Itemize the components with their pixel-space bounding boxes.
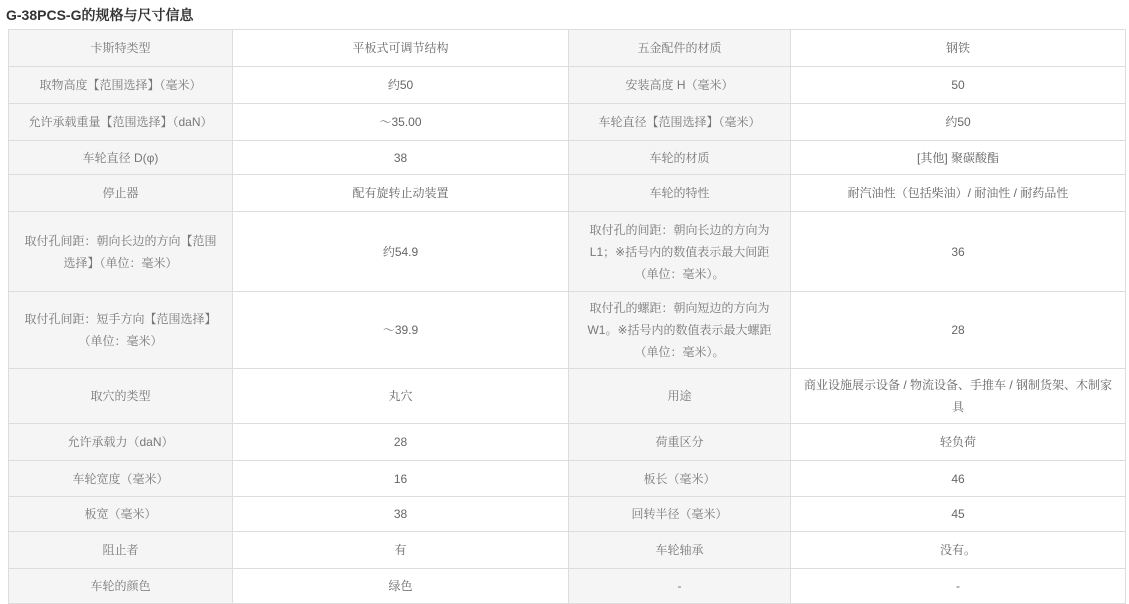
spec-value: 约54.9 (233, 212, 569, 292)
spec-value: ～39.9 (233, 292, 569, 369)
spec-value: 约50 (791, 104, 1126, 141)
spec-label: 五金配件的材质 (569, 30, 791, 67)
spec-label: 车轮的颜色 (9, 569, 233, 604)
spec-value: [其他] 聚碳酸酯 (791, 141, 1126, 175)
spec-label: 取付孔的间距：朝向长边的方向为L1；※括号内的数值表示最大间距（单位：毫米）。 (569, 212, 791, 292)
spec-label: 用途 (569, 369, 791, 424)
spec-value: 耐汽油性（包括柴油）/ 耐油性 / 耐药品性 (791, 175, 1126, 212)
spec-label: - (569, 569, 791, 604)
spec-value: 绿色 (233, 569, 569, 604)
spec-label: 车轮的特性 (569, 175, 791, 212)
spec-page: G-38PCS-G的规格与尺寸信息 卡斯特类型 平板式可调节结构 五金配件的材质… (0, 8, 1129, 604)
table-row: 允许承载重量【范围选择】（daN） ～35.00 车轮直径【范围选择】（毫米） … (9, 104, 1126, 141)
spec-table: 卡斯特类型 平板式可调节结构 五金配件的材质 钢铁 取物高度【范围选择】（毫米）… (8, 29, 1126, 604)
spec-label: 荷重区分 (569, 424, 791, 461)
spec-label: 取穴的类型 (9, 369, 233, 424)
spec-label: 车轮的材质 (569, 141, 791, 175)
spec-label: 车轮直径 D(φ) (9, 141, 233, 175)
table-row: 允许承载力（daN） 28 荷重区分 轻负荷 (9, 424, 1126, 461)
spec-value: 45 (791, 497, 1126, 532)
spec-label: 取物高度【范围选择】（毫米） (9, 67, 233, 104)
spec-label: 取付孔间距：朝向长边的方向【范围选择】（单位：毫米） (9, 212, 233, 292)
spec-value: 钢铁 (791, 30, 1126, 67)
spec-value: 38 (233, 497, 569, 532)
spec-value: - (791, 569, 1126, 604)
spec-value: 轻负荷 (791, 424, 1126, 461)
spec-label: 卡斯特类型 (9, 30, 233, 67)
spec-value: ～35.00 (233, 104, 569, 141)
page-title: G-38PCS-G的规格与尺寸信息 (6, 8, 1125, 23)
spec-value: 28 (233, 424, 569, 461)
spec-value: 16 (233, 461, 569, 497)
table-row: 板宽（毫米） 38 回转半径（毫米） 45 (9, 497, 1126, 532)
spec-value: 28 (791, 292, 1126, 369)
spec-value: 38 (233, 141, 569, 175)
spec-label: 车轮轴承 (569, 532, 791, 569)
table-row: 车轮的颜色 绿色 - - (9, 569, 1126, 604)
spec-value: 丸穴 (233, 369, 569, 424)
spec-label: 回转半径（毫米） (569, 497, 791, 532)
spec-value: 46 (791, 461, 1126, 497)
spec-label: 板长（毫米） (569, 461, 791, 497)
spec-label: 取付孔间距：短手方向【范围选择】（单位：毫米） (9, 292, 233, 369)
table-row: 取穴的类型 丸穴 用途 商业设施展示设备 / 物流设备、手推车 / 钢制货架、木… (9, 369, 1126, 424)
table-row: 取物高度【范围选择】（毫米） 约50 安装高度 H（毫米） 50 (9, 67, 1126, 104)
spec-value: 50 (791, 67, 1126, 104)
spec-label: 停止器 (9, 175, 233, 212)
table-row: 停止器 配有旋转止动装置 车轮的特性 耐汽油性（包括柴油）/ 耐油性 / 耐药品… (9, 175, 1126, 212)
spec-label: 允许承载力（daN） (9, 424, 233, 461)
spec-label: 取付孔的螺距：朝向短边的方向为W1。※括号内的数值表示最大螺距（单位：毫米）。 (569, 292, 791, 369)
spec-label: 安装高度 H（毫米） (569, 67, 791, 104)
table-row: 卡斯特类型 平板式可调节结构 五金配件的材质 钢铁 (9, 30, 1126, 67)
spec-value: 平板式可调节结构 (233, 30, 569, 67)
spec-label: 允许承载重量【范围选择】（daN） (9, 104, 233, 141)
table-row: 阻止者 有 车轮轴承 没有。 (9, 532, 1126, 569)
spec-label: 车轮直径【范围选择】（毫米） (569, 104, 791, 141)
table-row: 车轮宽度（毫米） 16 板长（毫米） 46 (9, 461, 1126, 497)
spec-value: 商业设施展示设备 / 物流设备、手推车 / 钢制货架、木制家具 (791, 369, 1126, 424)
table-row: 取付孔间距：短手方向【范围选择】（单位：毫米） ～39.9 取付孔的螺距：朝向短… (9, 292, 1126, 369)
spec-value: 约50 (233, 67, 569, 104)
spec-label: 板宽（毫米） (9, 497, 233, 532)
table-row: 取付孔间距：朝向长边的方向【范围选择】（单位：毫米） 约54.9 取付孔的间距：… (9, 212, 1126, 292)
spec-value: 没有。 (791, 532, 1126, 569)
spec-value: 36 (791, 212, 1126, 292)
spec-label: 车轮宽度（毫米） (9, 461, 233, 497)
spec-value: 有 (233, 532, 569, 569)
table-row: 车轮直径 D(φ) 38 车轮的材质 [其他] 聚碳酸酯 (9, 141, 1126, 175)
spec-label: 阻止者 (9, 532, 233, 569)
spec-value: 配有旋转止动装置 (233, 175, 569, 212)
